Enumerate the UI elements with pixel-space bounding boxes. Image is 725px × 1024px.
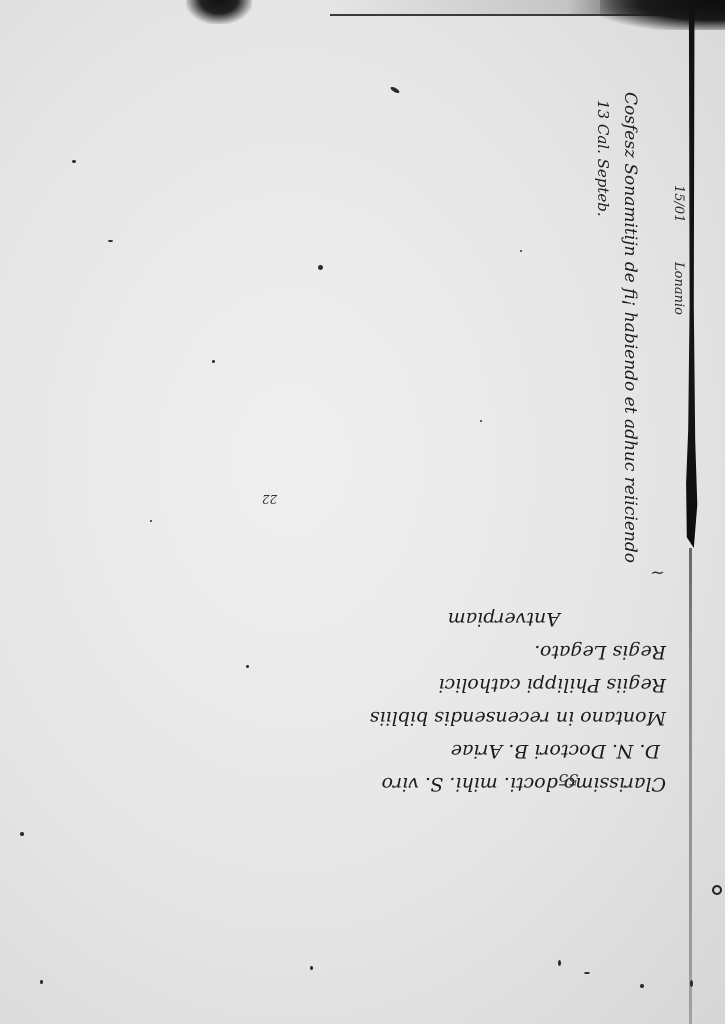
ink-blot-top-right [600, 0, 725, 30]
ink-speck [318, 265, 323, 270]
ink-speck [40, 980, 43, 984]
ink-speck [310, 966, 313, 970]
ink-speck [246, 665, 249, 668]
ink-speck [584, 972, 590, 974]
address-line-1: Clarissimo docti. mihi. S. viro [370, 767, 670, 800]
ink-speck [212, 360, 215, 363]
address-line-3: Montano in recensendis bibliis [370, 701, 670, 734]
ink-speck [712, 885, 722, 895]
address-line-6: Antverpiam [370, 602, 670, 635]
ink-speck [150, 520, 152, 522]
address-line-2: D. N. Doctori B. Ariae [370, 734, 670, 767]
ink-speck [390, 86, 401, 94]
docket-archive-number: 15/01 [671, 185, 686, 222]
bottom-mark: 55 [558, 770, 578, 789]
ink-speck [72, 160, 76, 163]
ink-blot-top-left [186, 0, 252, 24]
ink-stain-strip [684, 8, 698, 548]
address-line-4: Regiis Philippi catholici [370, 668, 670, 701]
ink-speck [520, 250, 522, 252]
docket-line-1: Cosfesz Sonamitijn de fi¡ habiendo et ad… [620, 92, 640, 563]
ink-speck [558, 960, 561, 966]
ink-stain-tail [689, 548, 692, 1024]
ink-speck [20, 832, 24, 836]
address-block: Clarissimo docti. mihi. S. viro D. N. Do… [370, 560, 670, 800]
ink-speck [640, 984, 644, 988]
docket-name: Lonanio [671, 262, 686, 315]
address-line-5: Regis Legato. [370, 635, 670, 668]
flourish-mark: ~ [650, 562, 665, 583]
ink-speck [480, 420, 482, 422]
ink-speck [108, 240, 113, 242]
ink-speck [690, 980, 693, 987]
manuscript-page: Cosfesz Sonamitijn de fi¡ habiendo et ad… [0, 0, 725, 1024]
docket-line-2: 13 Cal. Septeb. [594, 100, 612, 217]
center-mark: 22 [262, 492, 277, 506]
